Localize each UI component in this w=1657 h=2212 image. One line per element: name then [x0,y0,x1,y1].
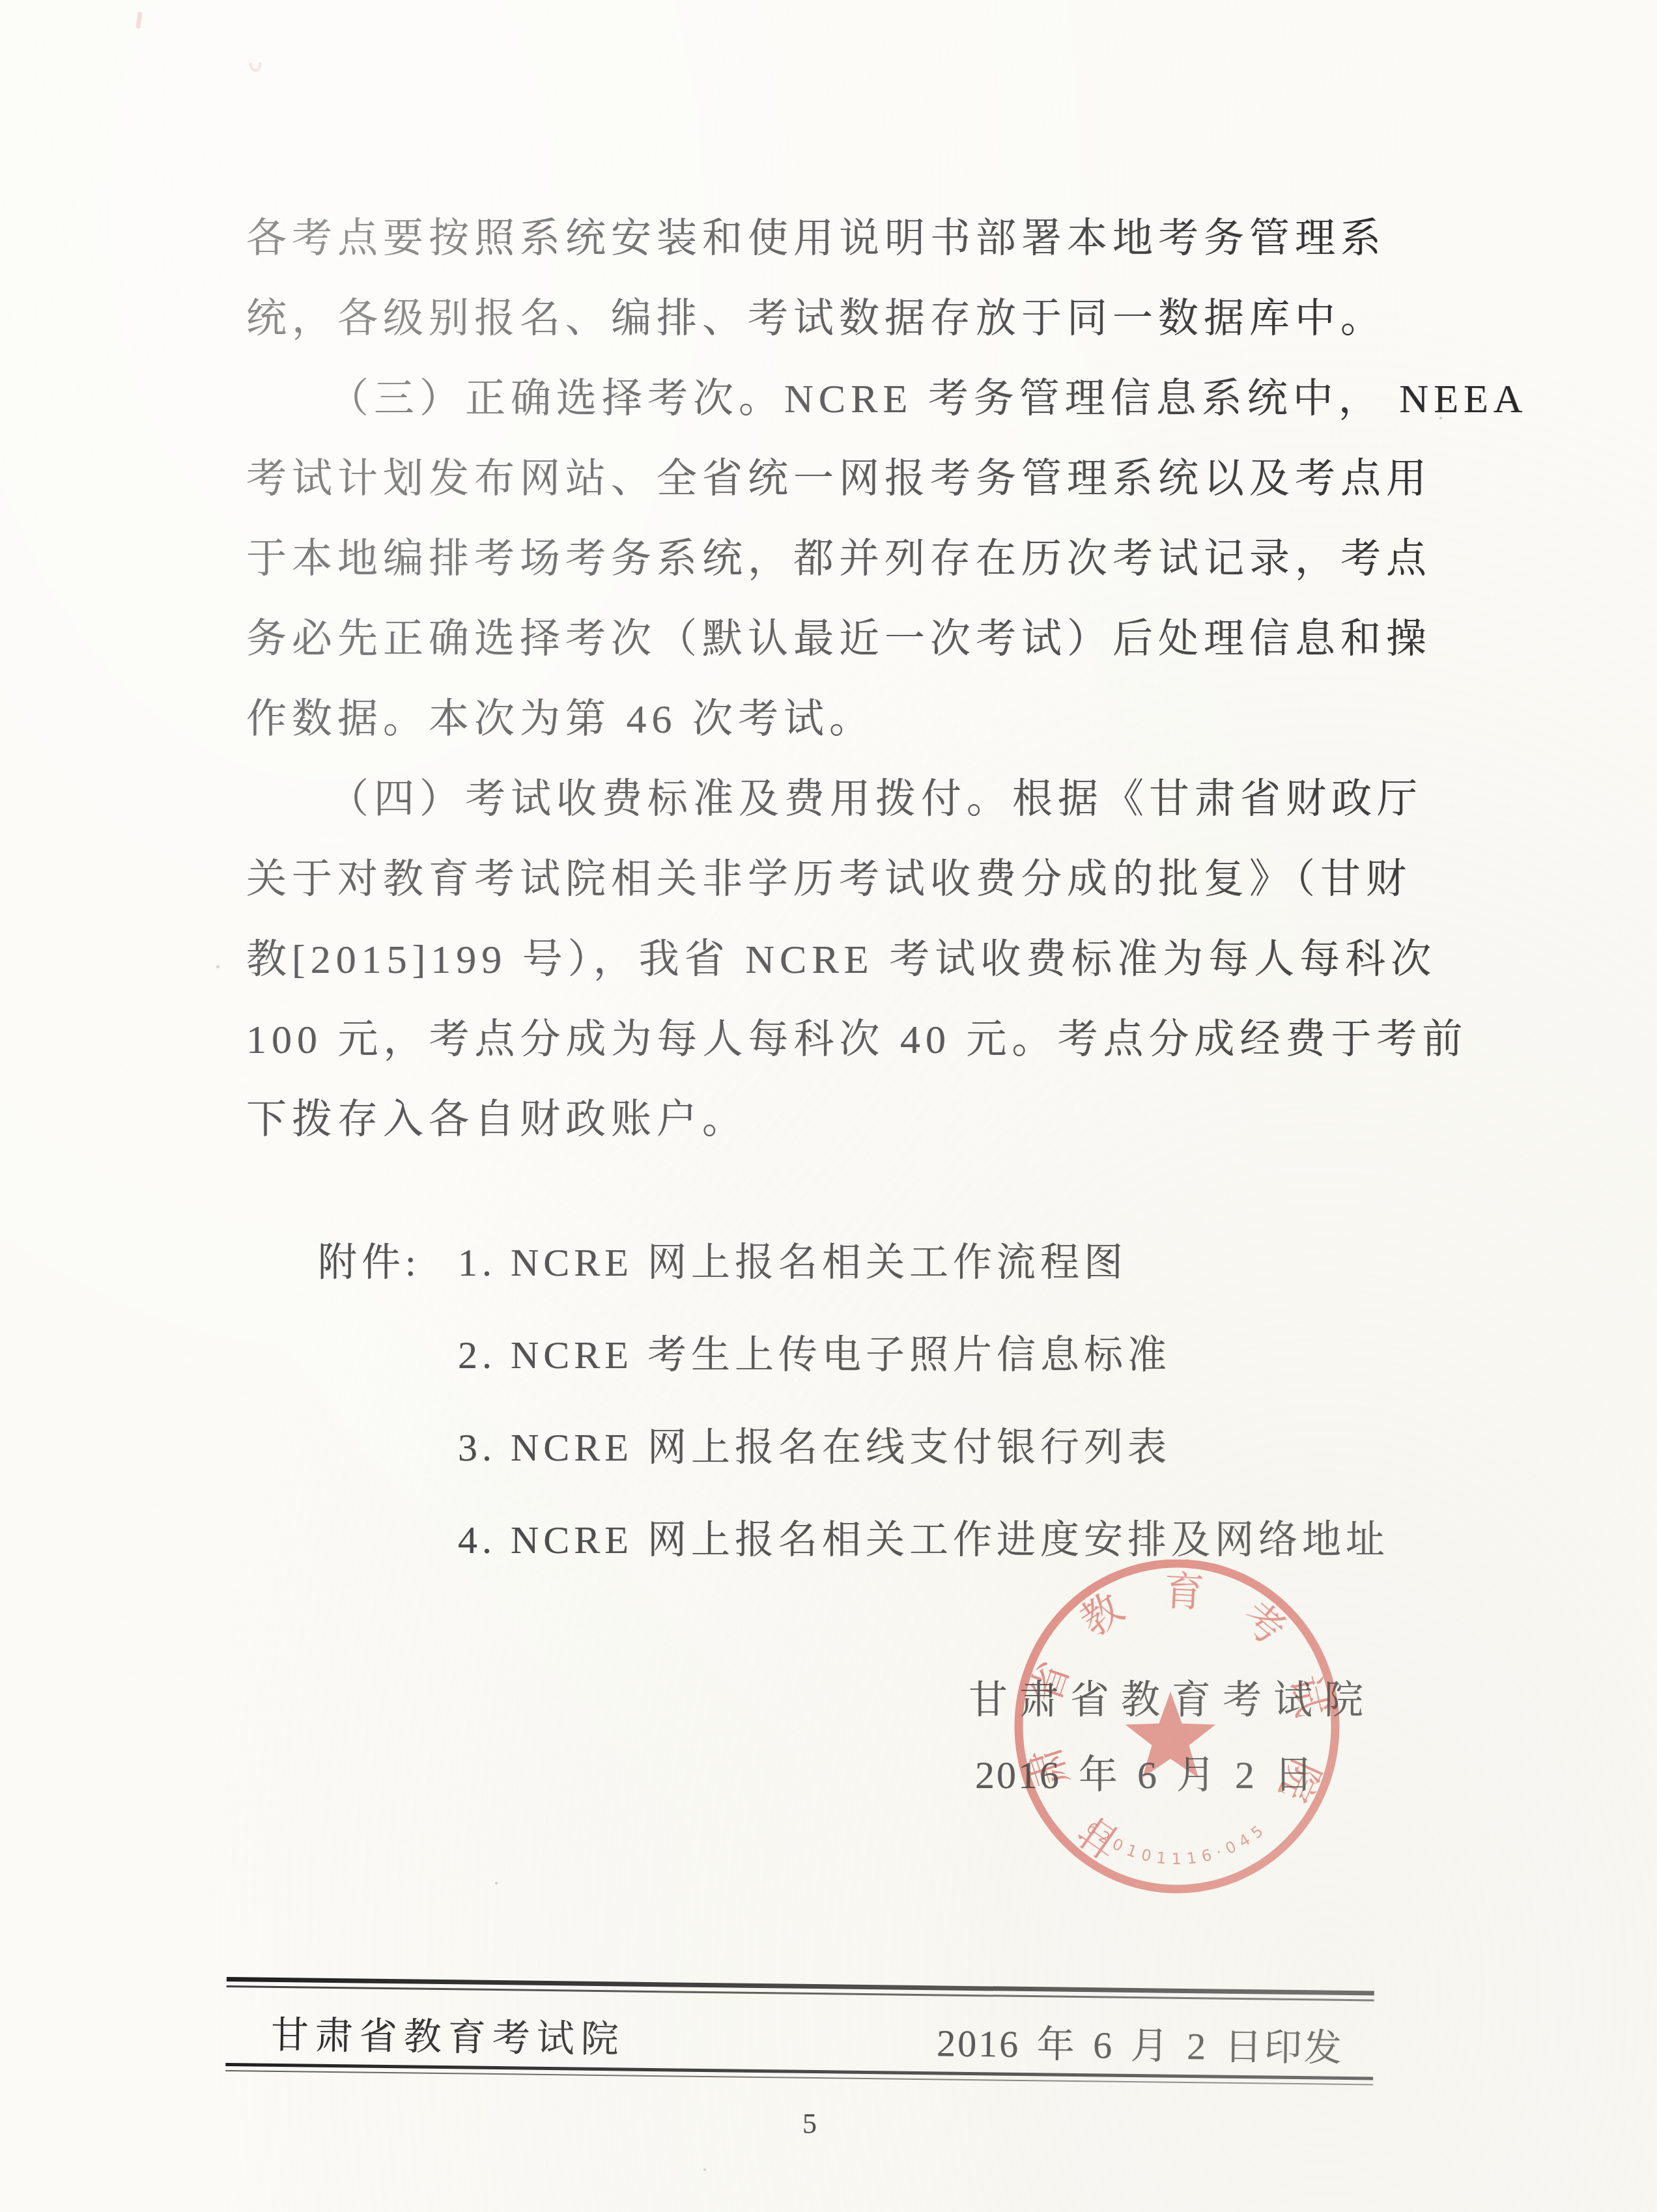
footer-print-date: 2016 年 6 月 2 日印发 [937,2021,1344,2071]
attachments-label: 附件: [318,1216,458,1309]
attachment-row: 附件:1. NCRE 网上报名相关工作流程图 [318,1216,1389,1309]
attachment-item: 1. NCRE 网上报名相关工作流程图 [458,1241,1127,1284]
attachment-item: 3. NCRE 网上报名在线支付银行列表 [458,1426,1171,1469]
seal-char: 试 [1281,1672,1333,1721]
body-line: 各考点要按照系统安装和使用说明书部署本地考务管理系 [246,199,1412,279]
body-line: 作数据。本次为第 46 次考试。 [246,680,1412,760]
body-line: 100 元，考点分成为每人每科次 40 元。考点分成经费于考前 [246,1000,1412,1080]
scan-artifact-pink-mark [135,12,143,29]
body-line: （四）考试收费标准及费用拨付。根据《甘肃省财政厅 [246,760,1412,840]
page-number: 5 [802,2107,817,2140]
document-body: 各考点要按照系统安装和使用说明书部署本地考务管理系 统，各级别报名、编排、考试数… [246,199,1412,1160]
scan-artifact-speck [703,2168,706,2171]
footer-row: 甘肃省教育考试院 2016 年 6 月 2 日印发 [225,2012,1374,2072]
official-seal: 甘 肃 省 教 育 考 试 院 620101116·045 [1013,1560,1345,1898]
footer-block: 甘肃省教育考试院 2016 年 6 月 2 日印发 [225,1974,1374,2093]
body-line: 务必先正确选择考次（默认最近一次考试）后处理信息和操 [246,600,1412,680]
attachment-item: 2. NCRE 考生上传电子照片信息标准 [458,1334,1171,1377]
seal-char: 育 [1163,1570,1205,1616]
seal-star-icon [1126,1692,1216,1778]
scanned-document-page: 各考点要按照系统安装和使用说明书部署本地考务管理系 统，各级别报名、编排、考试数… [0,0,1657,2212]
body-line: 关于对教育考试院相关非学历考试收费分成的批复》（甘财 [246,840,1412,920]
scan-artifact-pink-mark [249,63,261,72]
scan-artifact-speck [495,1882,498,1884]
attachment-row: 2. NCRE 考生上传电子照片信息标准 [458,1309,1389,1401]
attachment-item: 4. NCRE 网上报名相关工作进度安排及网络地址 [458,1519,1389,1561]
body-line: 统，各级别报名、编排、考试数据存放于同一数据库中。 [246,279,1412,359]
footer-issuer: 甘肃省教育考试院 [270,2013,625,2063]
body-line: （三）正确选择考次。NCRE 考务管理信息系统中， NEEA [246,359,1412,440]
body-line: 于本地编排考场考务系统，都并列存在历次考试记录，考点 [246,520,1412,600]
attachments-list: 附件:1. NCRE 网上报名相关工作流程图 2. NCRE 考生上传电子照片信… [318,1216,1389,1586]
body-line: 考试计划发布网站、全省统一网报考务管理系统以及考点用 [246,440,1412,520]
body-line: 下拨存入各自财政账户。 [246,1080,1412,1160]
attachment-row: 3. NCRE 网上报名在线支付银行列表 [458,1401,1389,1494]
body-line: 教[2015]199 号），我省 NCRE 考试收费标准为每人每科次 [246,920,1412,1000]
scan-artifact-speck [216,965,220,968]
